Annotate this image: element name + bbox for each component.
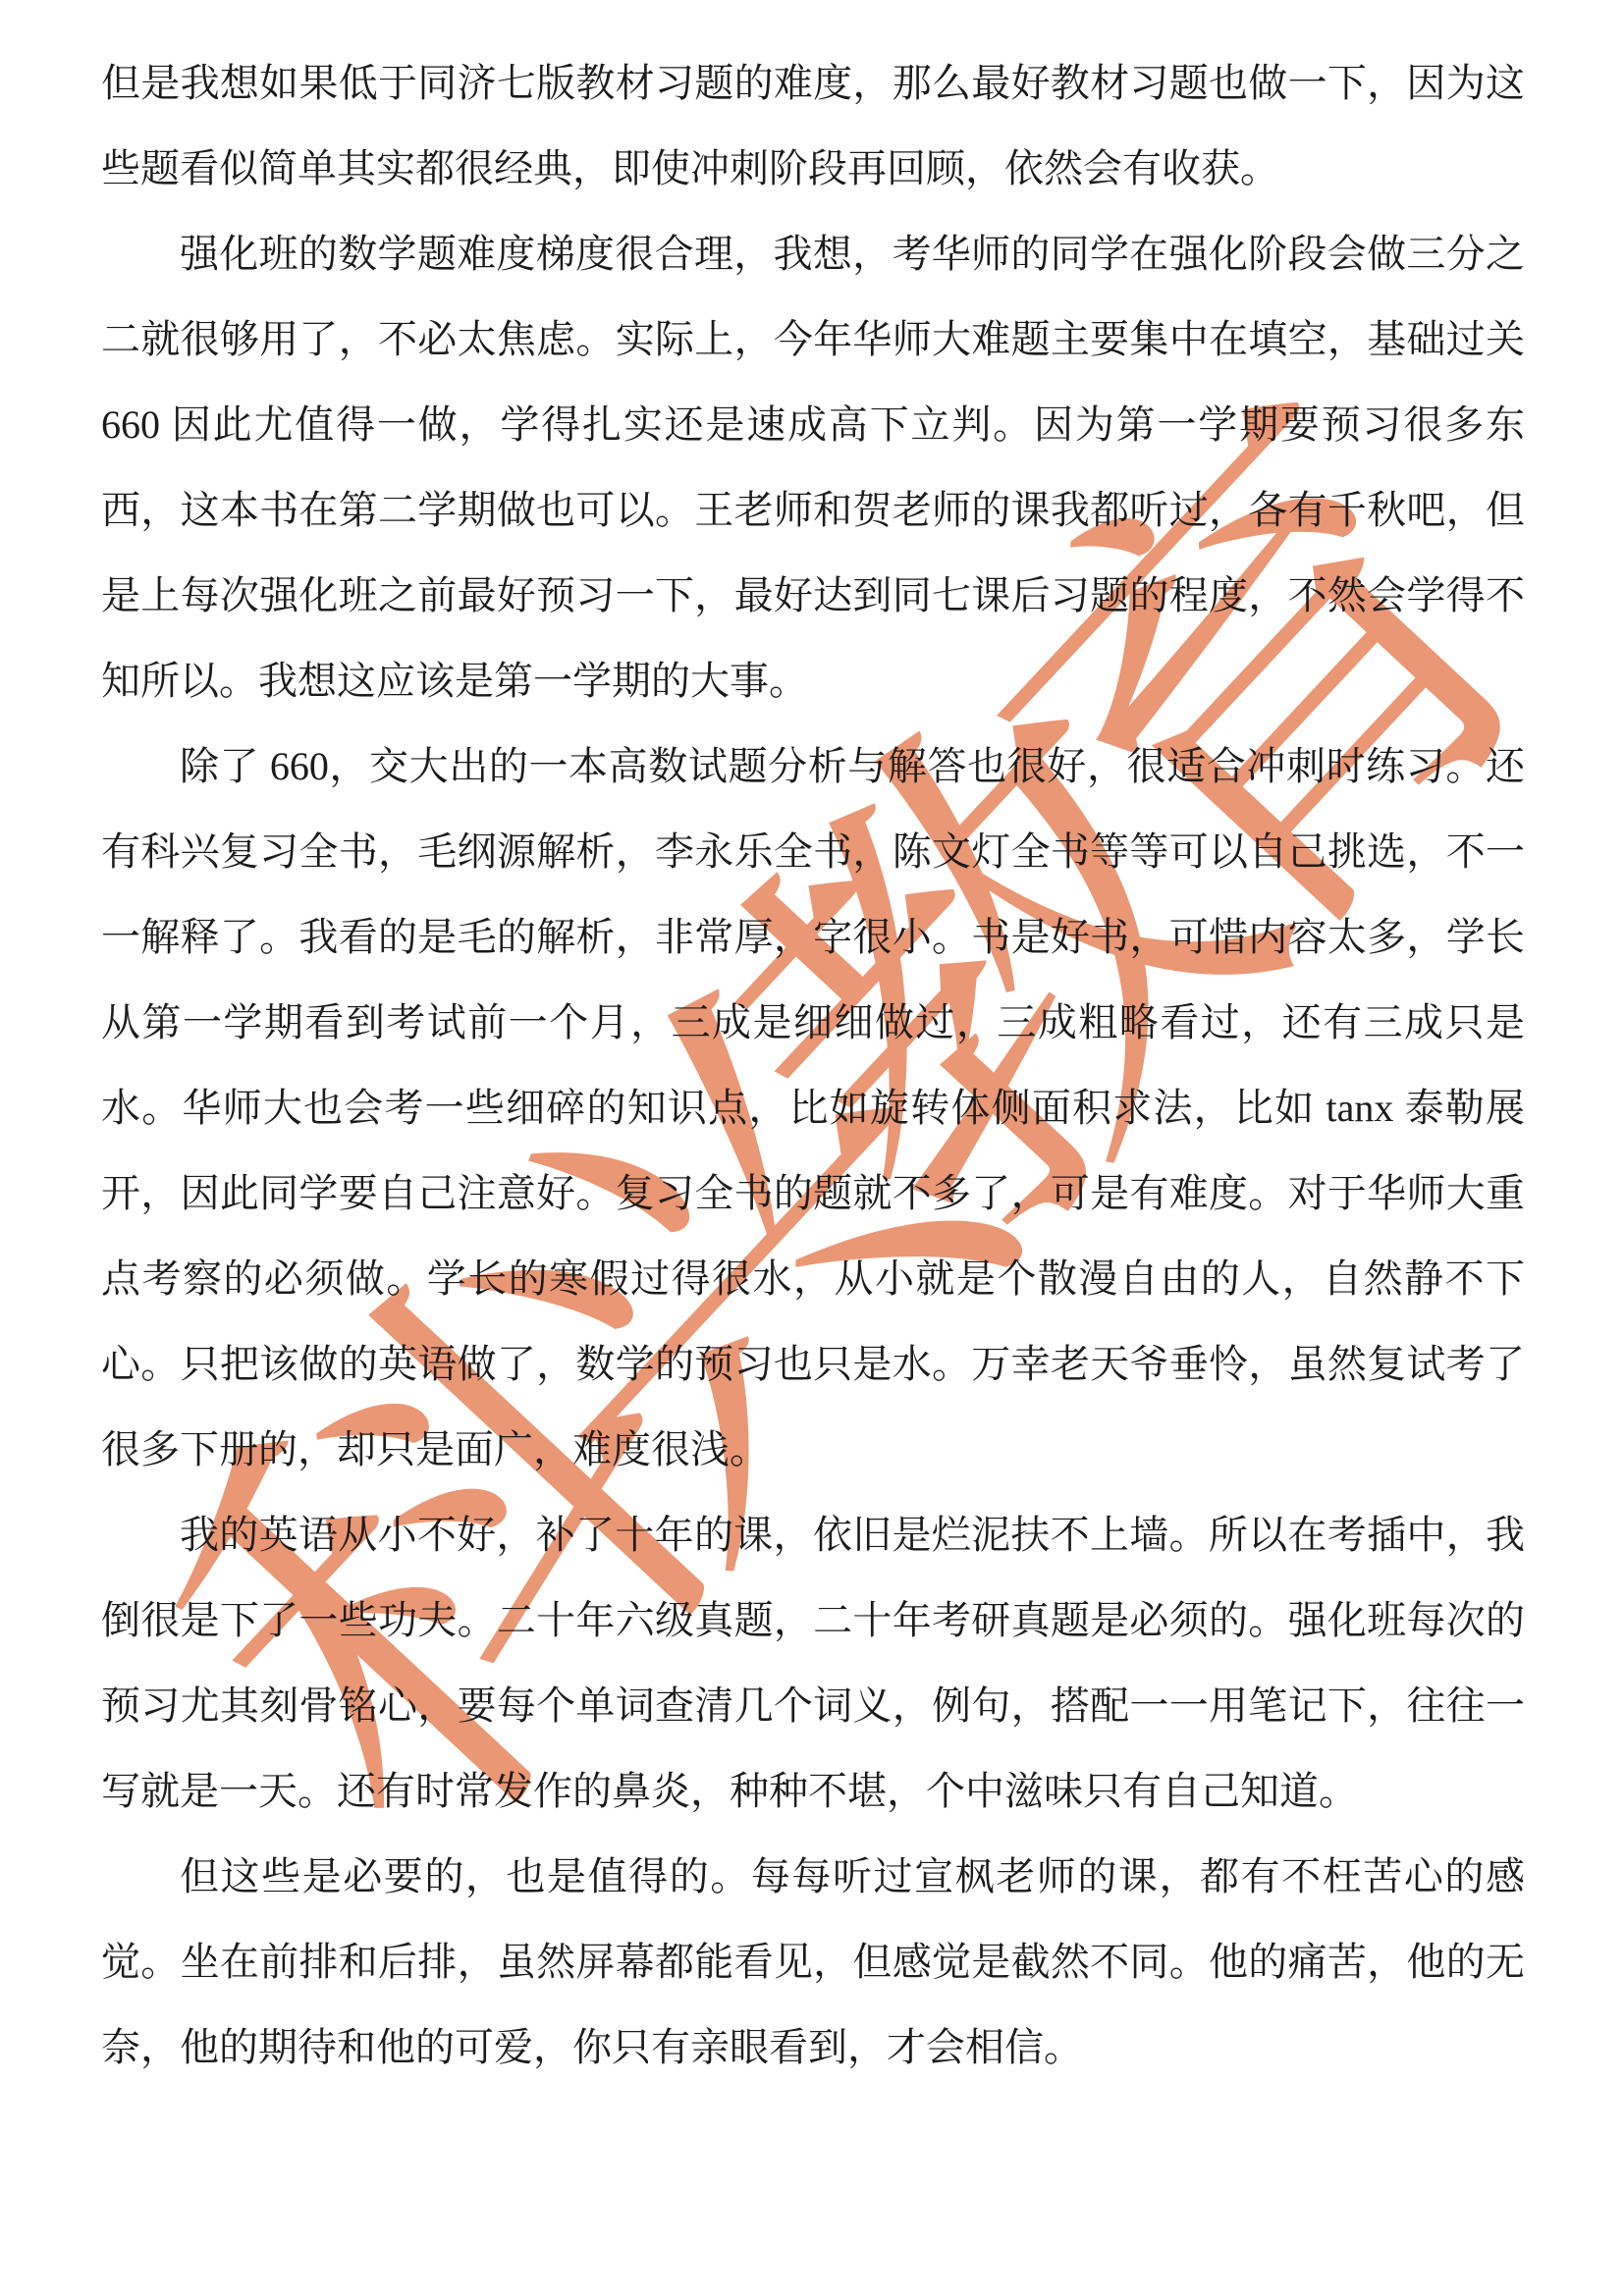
paragraph: 但这些是必要的，也是值得的。每每听过宣枫老师的课，都有不枉苦心的感觉。坐在前排和…: [101, 1834, 1525, 2090]
document-page: 科兴教育 但是我想如果低于同济七版教材习题的难度，那么最好教材习题也做一下，因为…: [0, 0, 1624, 2296]
paragraph: 但是我想如果低于同济七版教材习题的难度，那么最好教材习题也做一下，因为这些题看似…: [101, 40, 1525, 211]
paragraph: 强化班的数学题难度梯度很合理，我想，考华师的同学在强化阶段会做三分之二就很够用了…: [101, 211, 1525, 723]
paragraph: 我的英语从小不好，补了十年的课，依旧是烂泥扶不上墙。所以在考插中，我倒很是下了一…: [101, 1492, 1525, 1834]
paragraph: 除了 660，交大出的一本高数试题分析与解答也很好，很适合冲刺时练习。还有科兴复…: [101, 723, 1525, 1492]
document-content: 但是我想如果低于同济七版教材习题的难度，那么最好教材习题也做一下，因为这些题看似…: [101, 40, 1525, 2090]
